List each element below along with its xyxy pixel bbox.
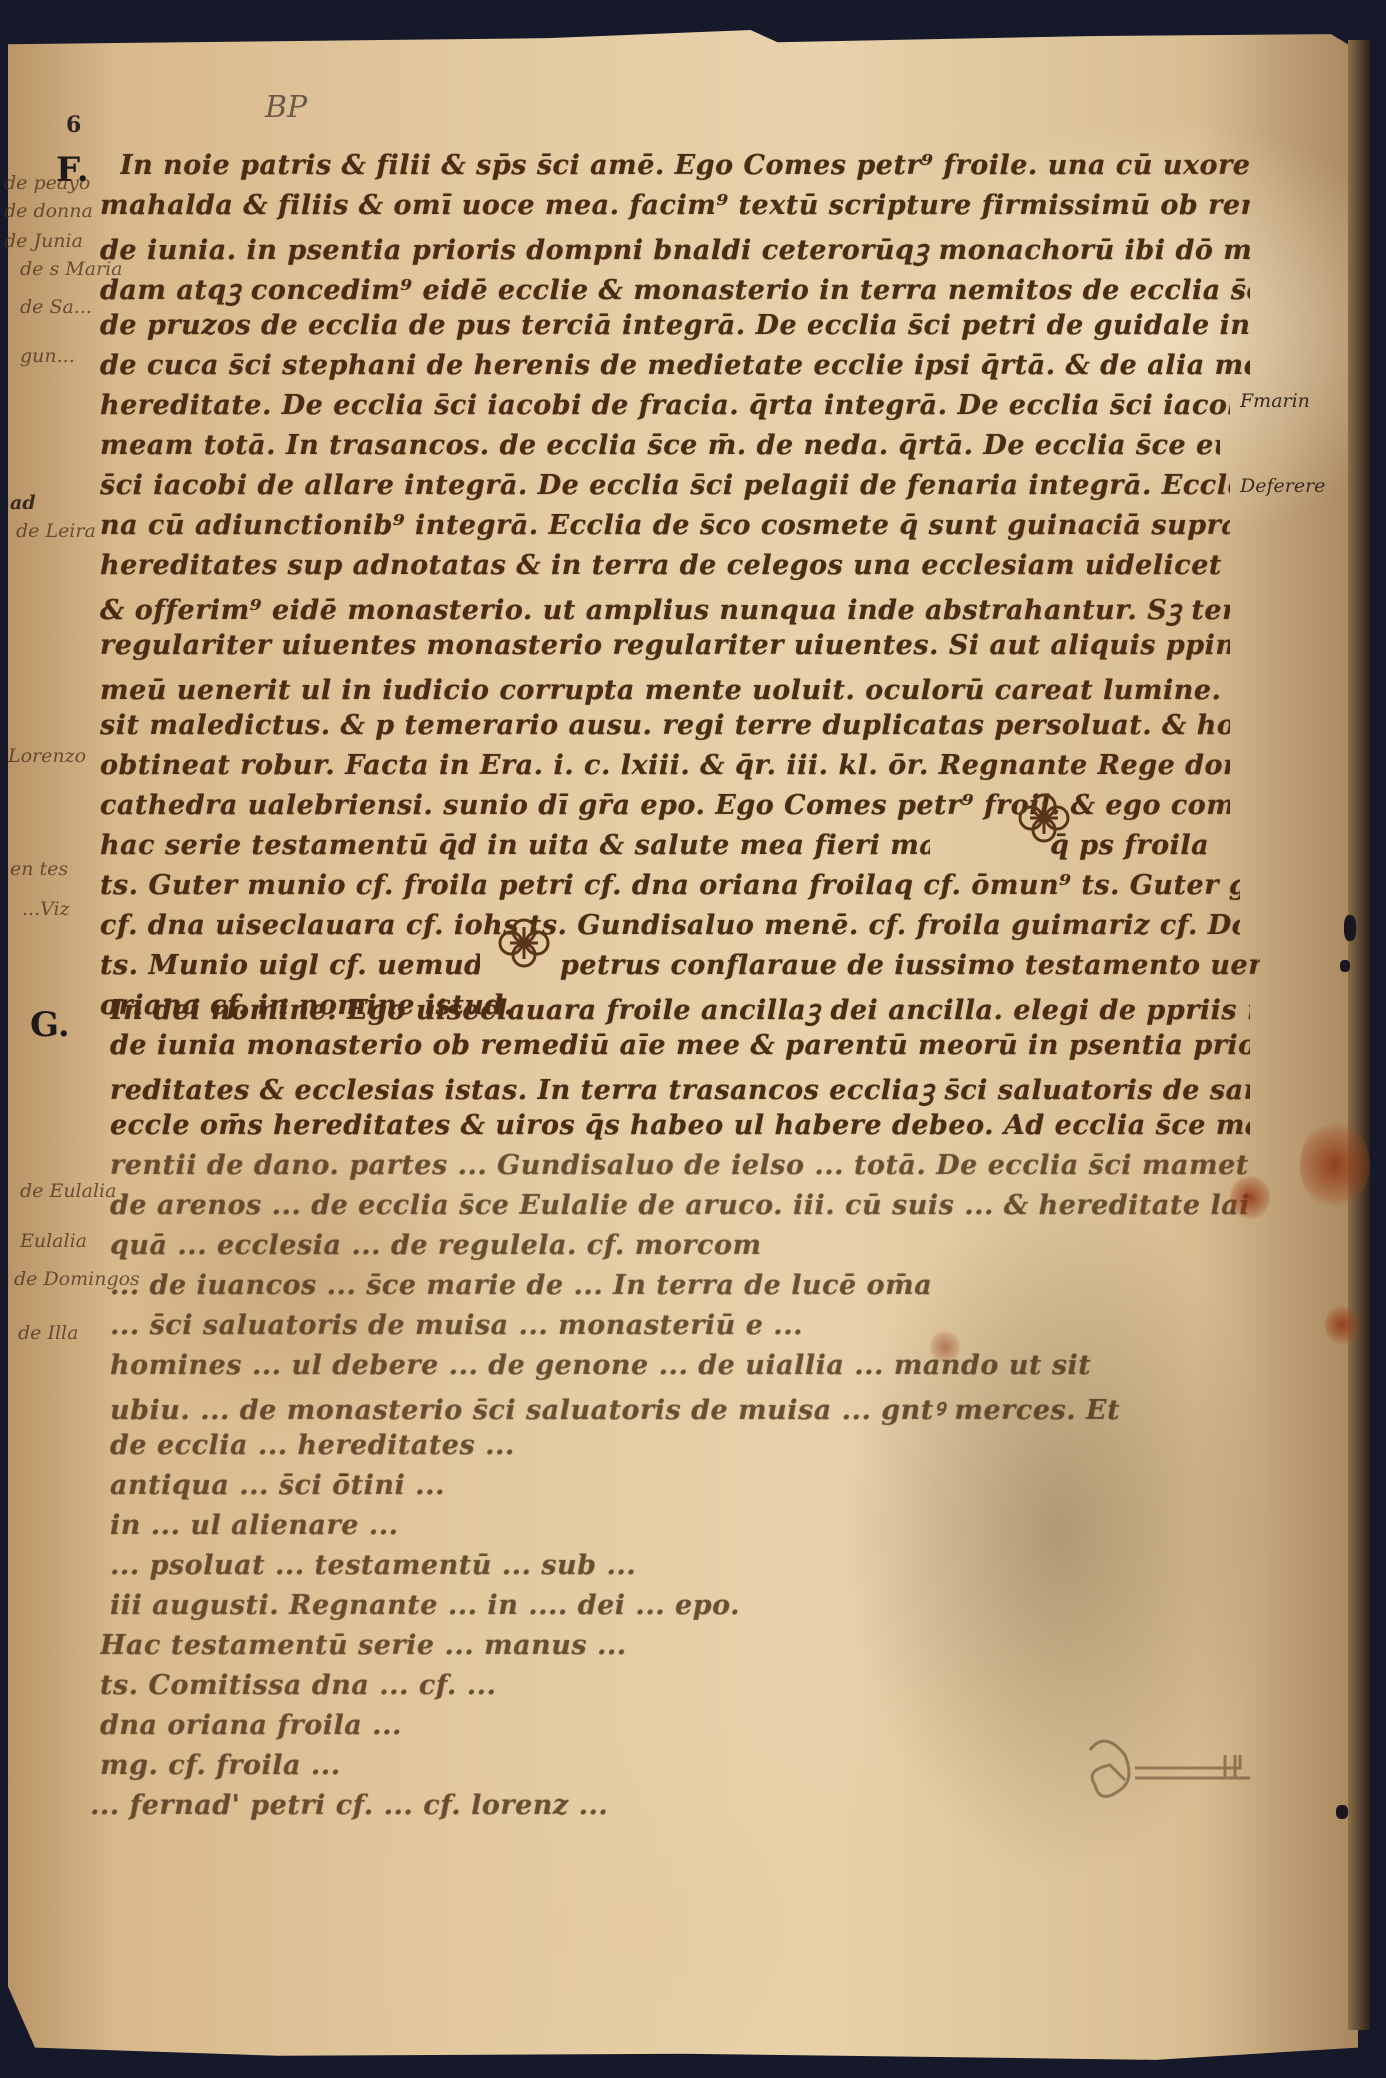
text-line: In dei nomine. Ego uiseclauara froile an… — [110, 990, 1250, 1027]
text-line: mahalda & filiis & omī uoce mea. facim⁹ … — [100, 190, 1250, 221]
text-line: de cuca s̄ci stephani de herenis de medi… — [100, 350, 1250, 381]
text-line: de pruzos de ecclia de pus terciā integr… — [100, 310, 1250, 341]
quatrefoil-cross-icon — [495, 915, 553, 971]
margin-note: de Sa... — [20, 296, 92, 318]
text-line: s̄ci iacobi de allare integrā. De ecclia… — [100, 470, 1230, 501]
margin-note: de Leira — [16, 520, 96, 542]
text-line: eccle om̄s hereditates & uiros q̄s habeo… — [110, 1110, 1250, 1141]
signature-line: q̄ ps froila — [1050, 830, 1250, 861]
section-letter-g: G. — [30, 1005, 70, 1045]
rust-stain — [1325, 1305, 1359, 1345]
worm-hole — [1340, 960, 1350, 972]
text-line: ... psoluat ... testamentū ... sub ... — [110, 1550, 1110, 1581]
margin-note: ...Viz — [22, 898, 70, 920]
quatrefoil-cross-icon — [1015, 790, 1073, 846]
text-line: regulariter uiuentes monasterio regulari… — [100, 630, 1230, 661]
text-line: ... s̄ci saluatoris de muisa ... monaste… — [110, 1310, 1250, 1341]
text-line: hac serie testamentū q̄d in uita & salut… — [100, 830, 930, 861]
text-line: ts. Guter munio cf. froila petri cf. dna… — [100, 870, 1240, 901]
text-line: iii augusti. Regnante ... in .... dei ..… — [110, 1590, 970, 1621]
margin-note: Lorenzo — [8, 745, 86, 767]
margin-note: de Junia — [4, 230, 83, 252]
text-line: de arenos ... de ecclia s̄ce Eulalie de … — [110, 1190, 1250, 1221]
text-line: ts. Munio uigl cf. uemud⁹ fuit — [100, 950, 480, 981]
text-line: obtineat robur. Facta in Era. i. c. lxii… — [100, 750, 1230, 781]
text-line: dna oriana froila ... — [100, 1710, 900, 1741]
margin-note: Fmarin — [1240, 390, 1310, 412]
text-line: de iunia monasterio ob remediū aīe mee &… — [110, 1030, 1250, 1061]
text-line: ... de iuancos ... s̄ce marie de ... In … — [110, 1270, 1250, 1301]
text-line: mg. cf. froila ... — [100, 1750, 900, 1781]
text-line: cf. dna uiseclauara cf. iohs ts. Gundisa… — [100, 910, 1240, 941]
margin-note: gun... — [20, 345, 75, 367]
text-line: ... fernad' petri cf. ... cf. lorenz ... — [90, 1790, 1090, 1821]
text-line: meam totā. In trasancos. de ecclia s̄ce … — [100, 430, 1220, 461]
text-line: de iunia. in psentia prioris dompni bnal… — [100, 230, 1250, 267]
text-line: homines ... ul debere ... de genone ... … — [110, 1350, 1250, 1381]
margin-note: de peayo — [4, 172, 90, 194]
margin-note: de Illa — [18, 1322, 78, 1344]
text-line: rentii de dano. partes ... Gundisaluo de… — [110, 1150, 1250, 1181]
text-line: hereditates sup adnotatas & in terra de … — [100, 550, 1230, 581]
margin-note: de donna — [4, 200, 93, 222]
text-line: ubiu. ... de monasterio s̄ci saluatoris … — [110, 1390, 1250, 1427]
text-line: reditates & ecclesias istas. In terra tr… — [110, 1070, 1250, 1107]
text-line: dam atqꝫ concedim⁹ eidē ecclie & monaste… — [100, 270, 1250, 307]
margin-note: en tes — [10, 858, 68, 880]
text-line: de ecclia ... hereditates ... — [110, 1430, 1110, 1461]
text-line: na cū adiunctionib⁹ integrā. Ecclia de s… — [100, 510, 1230, 541]
margin-note: ad — [10, 492, 36, 514]
text-line: ts. Comitissa dna ... cf. ... — [100, 1670, 700, 1701]
margin-note: de Eulalia — [20, 1180, 116, 1202]
binding-gutter — [1348, 40, 1370, 2030]
text-line: & offerim⁹ eidē monasterio. ut amplius n… — [100, 590, 1230, 627]
worm-hole — [1336, 1805, 1348, 1819]
pencil-mark: BP — [265, 90, 307, 125]
signature-line: petrus conflaraue de iussimo testamento … — [560, 950, 1260, 981]
text-line: sit maledictus. & p temerario ausu. regi… — [100, 710, 1230, 741]
margin-note: Deferere — [1240, 475, 1325, 497]
rust-stain — [1300, 1120, 1370, 1210]
faded-seal-sketch-icon — [1075, 1730, 1275, 1810]
text-line: antiqua ... s̄ci ō̄tini ... — [110, 1470, 1110, 1501]
folio-number: 6 — [66, 112, 81, 138]
text-line: quā ... ecclesia ... de regulela. cf. mo… — [110, 1230, 1250, 1261]
text-line: meū uenerit ul in iudicio corrupta mente… — [100, 670, 1230, 707]
rust-stain — [930, 1330, 960, 1364]
text-line: in ... ul alienare ... — [110, 1510, 1110, 1541]
text-line: hereditate. De ecclia s̄ci iacobi de fra… — [100, 390, 1230, 421]
text-line: In noie patris & filii & sp̄s s̄ci amē. … — [120, 150, 1250, 181]
worm-hole — [1344, 915, 1356, 941]
text-line: Hac testamentū serie ... manus ... — [100, 1630, 700, 1661]
rust-stain — [1230, 1175, 1270, 1220]
margin-note: Eulalia — [20, 1230, 87, 1252]
